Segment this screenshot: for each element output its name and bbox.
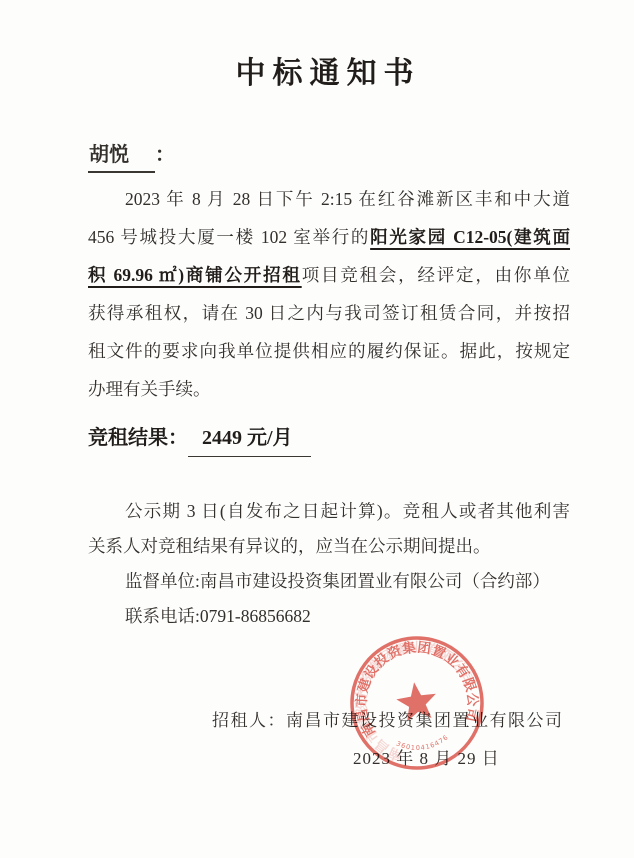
supervisor-line: 监督单位:南昌市建设投资集团置业有限公司（合约部） <box>88 564 570 599</box>
body-line-2: 456 号城投大厦一楼 102 室举行的阳光家园 C12-05(建筑面 <box>88 218 570 256</box>
recipient-name: 胡悦 <box>88 140 155 173</box>
company-seal-stamp: 南昌市建设投资集团置业有限公司 南昌市建设投资集团置业有限公司 36010416… <box>338 624 496 782</box>
seal-star-icon <box>394 679 439 722</box>
bid-result-label: 竞租结果： <box>88 427 188 449</box>
body-line-3: 积 69.96 ㎡)商铺公开招租项目竞租会，经评定，由你单位 <box>88 256 570 294</box>
document-title: 中标通知书 <box>0 52 634 96</box>
notice-line-1: 公示期 3 日(自发布之日起计算)。竞租人或者其他利害 <box>88 494 570 529</box>
recipient-colon: ： <box>155 144 175 166</box>
bid-result-value: 2449 元/月 <box>188 421 311 457</box>
project-name-emphasis-part2: 积 69.96 ㎡)商铺公开招租 <box>88 265 302 285</box>
body-line-4: 获得承租权，请在 30 日之内与我司签订租赁合同，并按招 <box>88 294 570 332</box>
notice-paragraph: 公示期 3 日(自发布之日起计算)。竞租人或者其他利害 关系人对竞租结果有异议的… <box>88 494 570 634</box>
bid-result-line: 竞租结果：2449 元/月 <box>88 421 311 457</box>
lessor-label: 招租人： <box>212 711 286 730</box>
body-line-2-normal: 456 号城投大厦一楼 102 室举行的 <box>88 227 370 247</box>
body-line-3-normal: 项目竞租会，经评定，由你单位 <box>302 265 570 285</box>
award-notice-document: 中标通知书 胡悦： 2023 年 8 月 28 日下午 2:15 在红谷滩新区丰… <box>0 0 634 858</box>
phone-line: 联系电话:0791-86856682 <box>88 599 570 634</box>
body-line-6: 办理有关手续。 <box>88 370 570 408</box>
project-name-emphasis-part1: 阳光家园 C12-05(建筑面 <box>370 227 570 247</box>
body-line-5: 租文件的要求向我单位提供相应的履约保证。据此，按规定 <box>88 332 570 370</box>
body-paragraph: 2023 年 8 月 28 日下午 2:15 在红谷滩新区丰和中大道 456 号… <box>88 180 570 408</box>
body-line-1: 2023 年 8 月 28 日下午 2:15 在红谷滩新区丰和中大道 <box>88 180 570 218</box>
recipient-line: 胡悦： <box>88 140 175 173</box>
notice-line-2: 关系人对竞租结果有异议的，应当在公示期间提出。 <box>88 529 570 564</box>
